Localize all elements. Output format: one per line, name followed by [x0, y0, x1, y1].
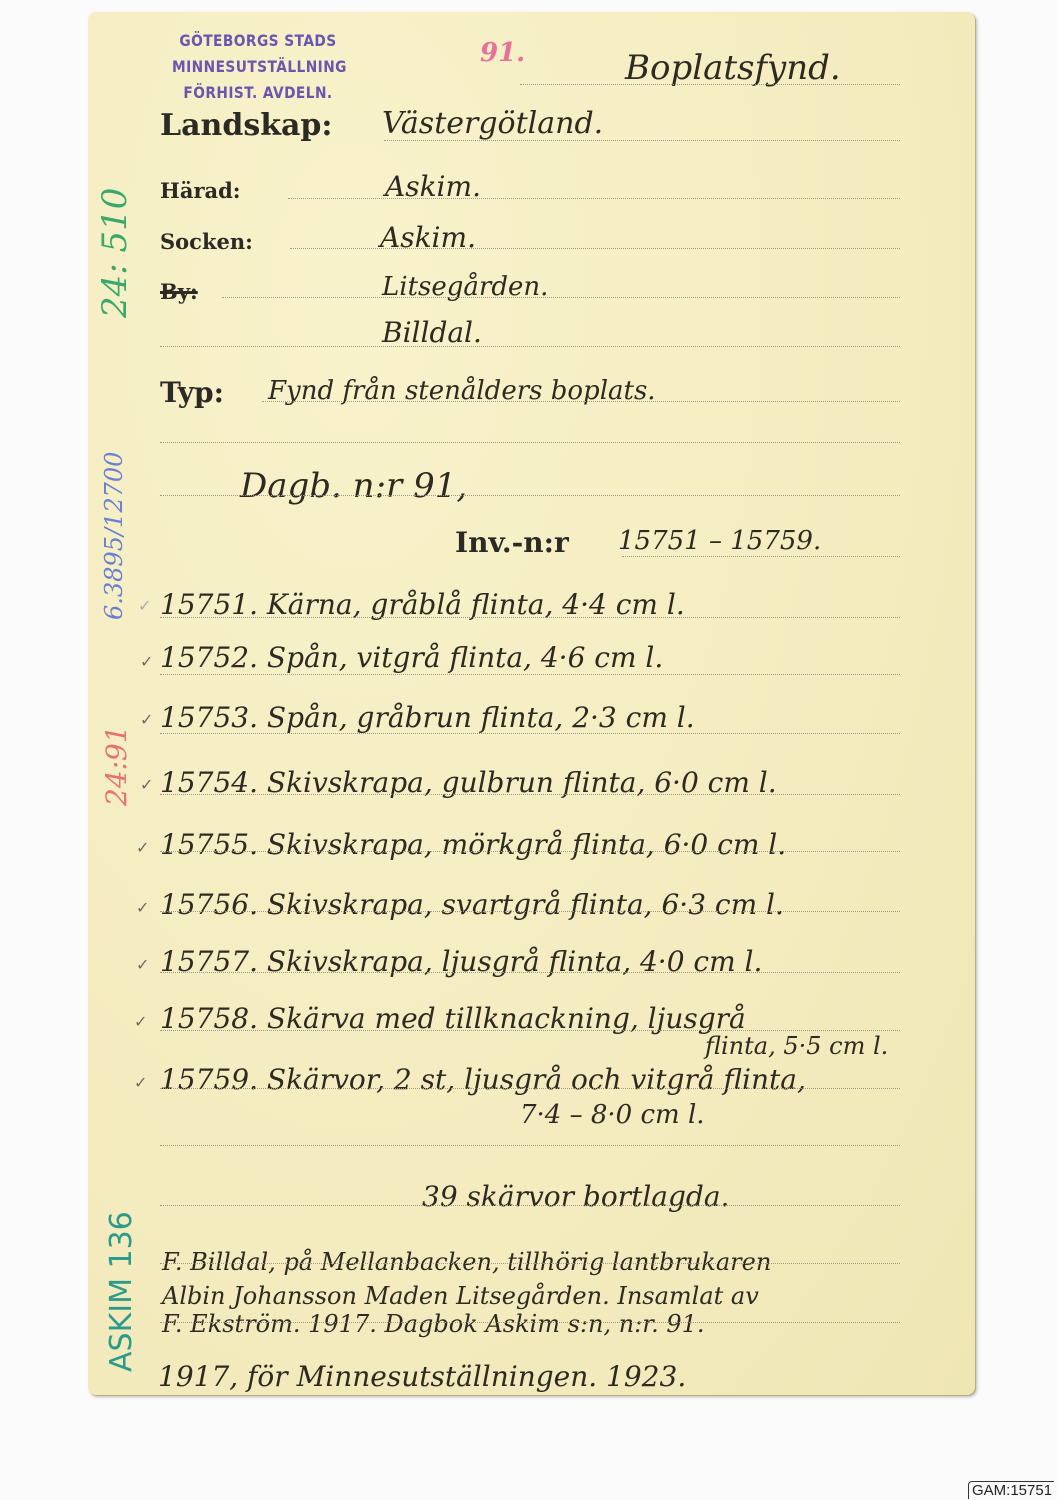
dotted-line — [262, 401, 900, 402]
check-mark-icon: ✓ — [136, 838, 149, 857]
dotted-line — [160, 442, 900, 443]
dotted-line — [160, 794, 900, 795]
dotted-line — [160, 346, 900, 347]
list-item: 15759. Skärvor, 2 st, ljusgrå och vitgrå… — [160, 1063, 806, 1096]
check-mark-icon: ✓ — [136, 898, 149, 917]
dotted-line — [222, 297, 900, 298]
dotted-line — [384, 140, 900, 141]
list-item: 15757. Skivskrapa, ljusgrå flinta, 4·0 c… — [160, 945, 762, 978]
dotted-line — [160, 1088, 900, 1089]
value-socken: Askim. — [380, 221, 476, 254]
dotted-line — [160, 617, 900, 618]
dotted-line — [160, 674, 900, 675]
dotted-line — [160, 1145, 900, 1146]
label-landskap: Landskap: — [160, 108, 333, 143]
stamp-line-2: MINNESUTSTÄLLNING — [172, 54, 344, 80]
list-item: 15756. Skivskrapa, svartgrå flinta, 6·3 … — [160, 888, 784, 921]
check-mark-icon: ✓ — [140, 710, 153, 729]
provenance-line-2: Albin Johansson Maden Litsegården. Insam… — [162, 1282, 759, 1310]
stamp-line-1: GÖTEBORGS STADS — [172, 28, 344, 54]
dotted-line — [160, 1205, 900, 1206]
dotted-line — [288, 198, 900, 199]
margin-note-blue: 6.3895/12700 — [100, 452, 128, 620]
list-item-continuation: 7·4 – 8·0 cm l. — [520, 1100, 705, 1130]
check-mark-icon: ✓ — [134, 1073, 147, 1092]
discarded-note: 39 skärvor bortlagda. — [422, 1180, 729, 1213]
list-item: 15755. Skivskrapa, mörkgrå flinta, 6·0 c… — [160, 828, 786, 861]
dotted-line — [290, 248, 900, 249]
stamp-line-3: FÖRHIST. AVDELN. — [172, 80, 344, 106]
inventory-range: 15751 – 15759. — [618, 526, 821, 556]
label-harad: Härad: — [160, 178, 241, 203]
diary-number: Dagb. n:r 91, — [240, 466, 467, 506]
margin-note-teal: ASKIM 136 — [104, 1211, 139, 1372]
check-mark-icon: ✓ — [138, 596, 151, 615]
dotted-line — [160, 1263, 900, 1264]
dotted-line — [160, 733, 900, 734]
exhibition-note: 1917, för Minnesutställningen. 1923. — [158, 1360, 686, 1393]
provenance-line-3: F. Ekström. 1917. Dagbok Askim s:n, n:r.… — [162, 1310, 705, 1338]
check-mark-icon: ✓ — [140, 775, 153, 794]
margin-note-green: 24: 510 — [95, 188, 135, 318]
value-by-2: Billdal. — [382, 316, 482, 349]
label-typ: Typ: — [160, 376, 224, 409]
dotted-line — [160, 1322, 900, 1323]
label-inventory: Inv.-n:r — [455, 526, 569, 559]
category-heading: Boplatsfynd. — [625, 48, 841, 88]
catalog-id-label: GAM:15751 — [968, 1481, 1054, 1499]
dotted-line — [160, 911, 900, 912]
check-mark-icon: ✓ — [134, 1012, 147, 1031]
list-item: 15753. Spån, gråbrun flinta, 2·3 cm l. — [160, 701, 695, 734]
dotted-line — [160, 851, 900, 852]
value-landskap: Västergötland. — [382, 106, 603, 141]
margin-note-red: 24:91 — [100, 725, 133, 806]
dotted-line — [160, 972, 900, 973]
dotted-line — [622, 556, 900, 557]
dotted-line — [160, 1030, 900, 1031]
check-mark-icon: ✓ — [136, 955, 149, 974]
list-item: 15752. Spån, vitgrå flinta, 4·6 cm l. — [160, 641, 663, 674]
pink-reference-number: 91. — [480, 38, 525, 68]
check-mark-icon: ✓ — [140, 652, 153, 671]
label-by: By: — [160, 279, 198, 304]
dotted-line — [160, 495, 900, 496]
list-item-continuation: flinta, 5·5 cm l. — [705, 1032, 888, 1060]
museum-stamp: GÖTEBORGS STADS MINNESUTSTÄLLNING FÖRHIS… — [172, 28, 344, 106]
dotted-line — [520, 84, 900, 85]
provenance-line-1: F. Billdal, på Mellanbacken, tillhörig l… — [162, 1248, 771, 1276]
label-socken: Socken: — [160, 229, 253, 254]
